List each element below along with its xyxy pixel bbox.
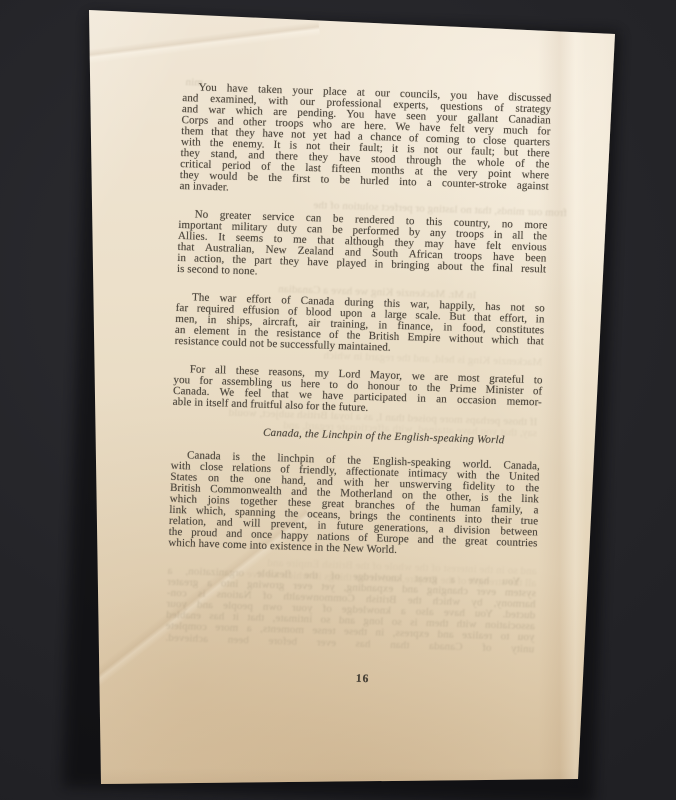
- book-page: minfrom our minds, that no lasting or pe…: [0, 0, 676, 800]
- paragraph: The war effort of Canada during this war…: [174, 292, 545, 359]
- page-number: 16: [192, 668, 533, 690]
- paragraph: Canada is the linchpin of the English-sp…: [168, 450, 540, 561]
- bleed-through-fragment: min: [167, 76, 203, 88]
- paragraph: No greater service can be rendered to th…: [177, 209, 548, 287]
- paper-crease: [59, 12, 321, 73]
- text-block-flow: You have taken your place at our council…: [168, 82, 551, 560]
- paragraph: You have taken your place at our council…: [179, 82, 551, 204]
- bleed-through-block: You have a great knowledge of the flexib…: [165, 566, 536, 655]
- text-block: minfrom our minds, that no lasting or pe…: [164, 76, 552, 690]
- photo-background: minfrom our minds, that no lasting or pe…: [0, 0, 676, 800]
